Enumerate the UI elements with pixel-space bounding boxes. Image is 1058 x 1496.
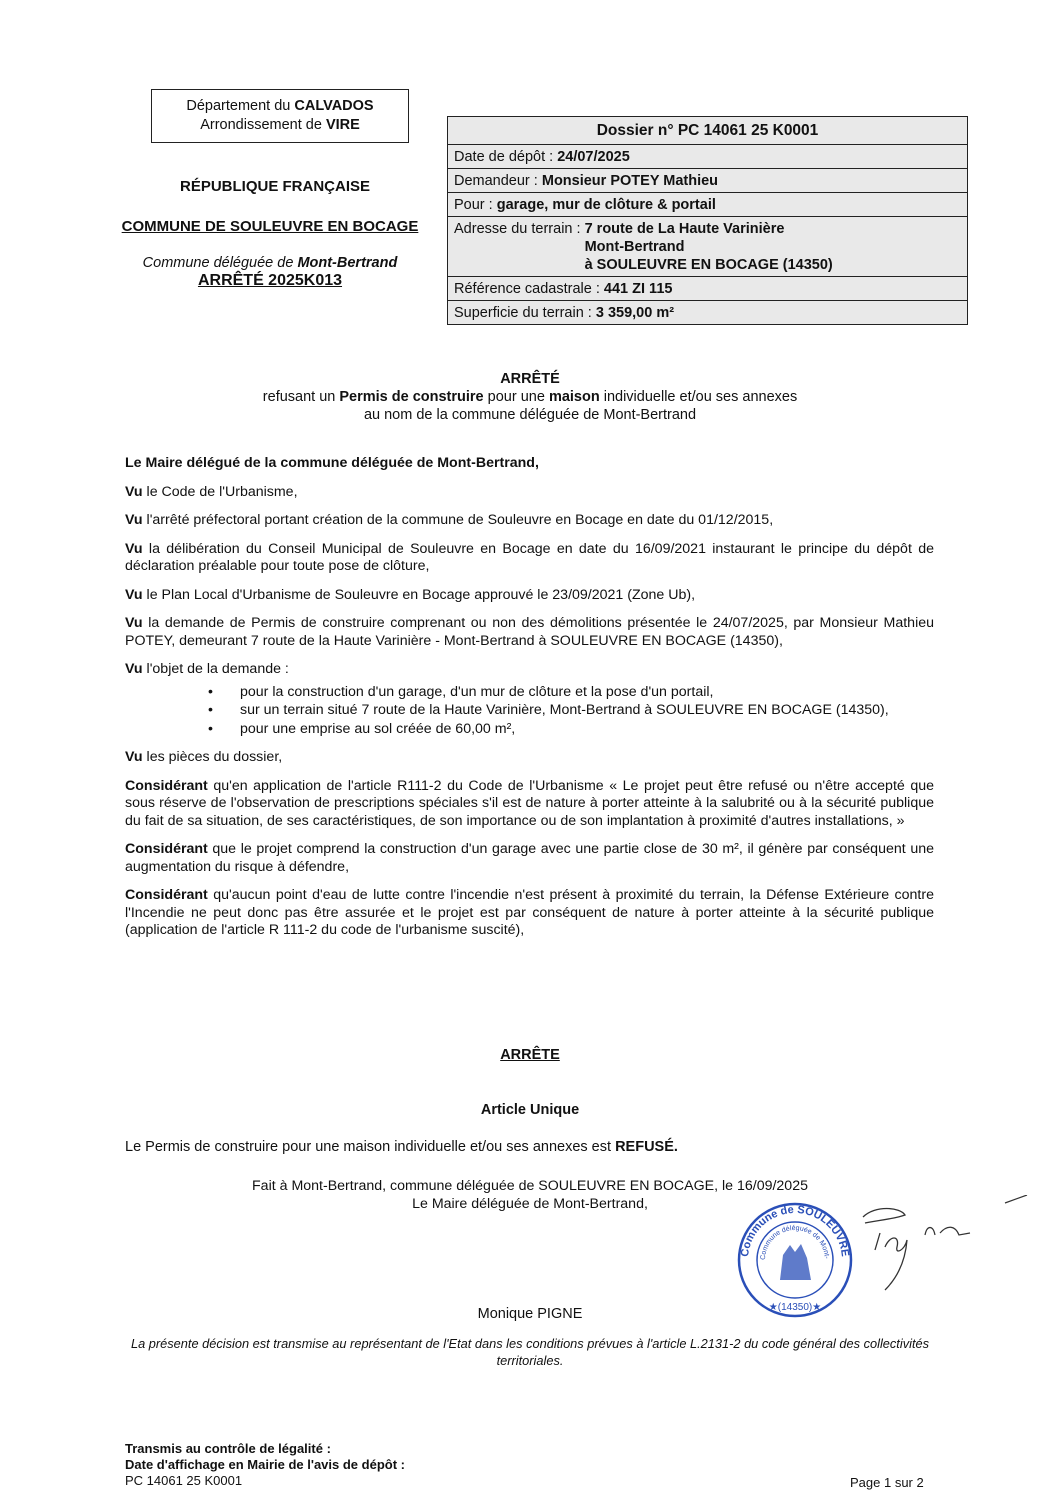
republic-heading: RÉPUBLIQUE FRANÇAISE <box>110 178 440 195</box>
commune-stamp-icon: Commune de SOULEUVRE EN BOCAGE Commune d… <box>735 1200 855 1320</box>
dossier-date-row: Date de dépôt : 24/07/2025 <box>448 144 967 168</box>
footer-transmis: Transmis au contrôle de légalité : <box>125 1441 405 1457</box>
arrondissement-line: Arrondissement de VIRE <box>152 116 408 135</box>
signer-name: Monique PIGNE <box>140 1306 920 1322</box>
considerant-1: Considérant qu'en application de l'artic… <box>125 778 934 831</box>
bullet-item: pour la construction d'un garage, d'un m… <box>125 684 934 702</box>
considerant-3: Considérant qu'aucun point d'eau de lutt… <box>125 887 934 940</box>
title-line-2: au nom de la commune déléguée de Mont-Be… <box>100 406 960 424</box>
dossier-pour-row: Pour : garage, mur de clôture & portail <box>448 192 967 216</box>
bullet-item: sur un terrain situé 7 route de la Haute… <box>125 702 934 720</box>
vu-5: Vu la demande de Permis de construire co… <box>125 615 934 650</box>
arrete-number: ARRÊTÉ 2025K013 <box>100 272 440 290</box>
footer-affichage: Date d'affichage en Mairie de l'avis de … <box>125 1457 405 1473</box>
dossier-table: Dossier n° PC 14061 25 K0001 Date de dép… <box>447 116 968 325</box>
page-number: Page 1 sur 2 <box>850 1475 924 1490</box>
department-box: Département du CALVADOS Arrondissement d… <box>151 89 409 143</box>
bullet-item: pour une emprise au sol créée de 60,00 m… <box>125 721 934 739</box>
vu-3: Vu la délibération du Conseil Municipal … <box>125 541 934 576</box>
commune-deleguee: Commune déléguée de Mont-Bertrand <box>100 255 440 271</box>
dossier-demandeur-row: Demandeur : Monsieur POTEY Mathieu <box>448 168 967 192</box>
footer-block: Transmis au contrôle de légalité : Date … <box>125 1441 405 1489</box>
place-date: Fait à Mont-Bertrand, commune déléguée d… <box>140 1177 920 1195</box>
decision-text: Le Permis de construire pour une maison … <box>125 1139 678 1155</box>
document-title: ARRÊTÉ refusant un Permis de construire … <box>100 370 960 424</box>
dossier-superficie-row: Superficie du terrain : 3 359,00 m² <box>448 300 967 324</box>
title-heading: ARRÊTÉ <box>100 370 960 388</box>
vu-2: Vu l'arrêté préfectoral portant création… <box>125 512 934 530</box>
article-heading: Article Unique <box>100 1102 960 1118</box>
vu-6: Vu l'objet de la demande : <box>125 661 934 679</box>
legal-notice: La présente décision est transmise au re… <box>130 1335 930 1369</box>
decision-heading: ARRÊTE <box>100 1047 960 1063</box>
dossier-title: Dossier n° PC 14061 25 K0001 <box>448 117 967 144</box>
dossier-adresse-row: Adresse du terrain : 7 route de La Haute… <box>448 216 967 276</box>
commune-heading: COMMUNE DE SOULEUVRE EN BOCAGE <box>100 218 440 235</box>
maire-line: Le Maire délégué de la commune déléguée … <box>125 455 934 473</box>
demand-bullets: pour la construction d'un garage, d'un m… <box>125 684 934 739</box>
footer-ref: PC 14061 25 K0001 <box>125 1473 405 1489</box>
vu-4: Vu le Plan Local d'Urbanisme de Souleuvr… <box>125 587 934 605</box>
department-line: Département du CALVADOS <box>152 97 408 116</box>
document-body: Le Maire délégué de la commune déléguée … <box>125 455 934 951</box>
vu-1: Vu le Code de l'Urbanisme, <box>125 484 934 502</box>
dossier-reference-row: Référence cadastrale : 441 ZI 115 <box>448 276 967 300</box>
vu-7: Vu les pièces du dossier, <box>125 749 934 767</box>
considerant-2: Considérant que le projet comprend la co… <box>125 841 934 876</box>
title-line-1: refusant un Permis de construire pour un… <box>100 388 960 406</box>
signature-icon <box>855 1195 1035 1305</box>
